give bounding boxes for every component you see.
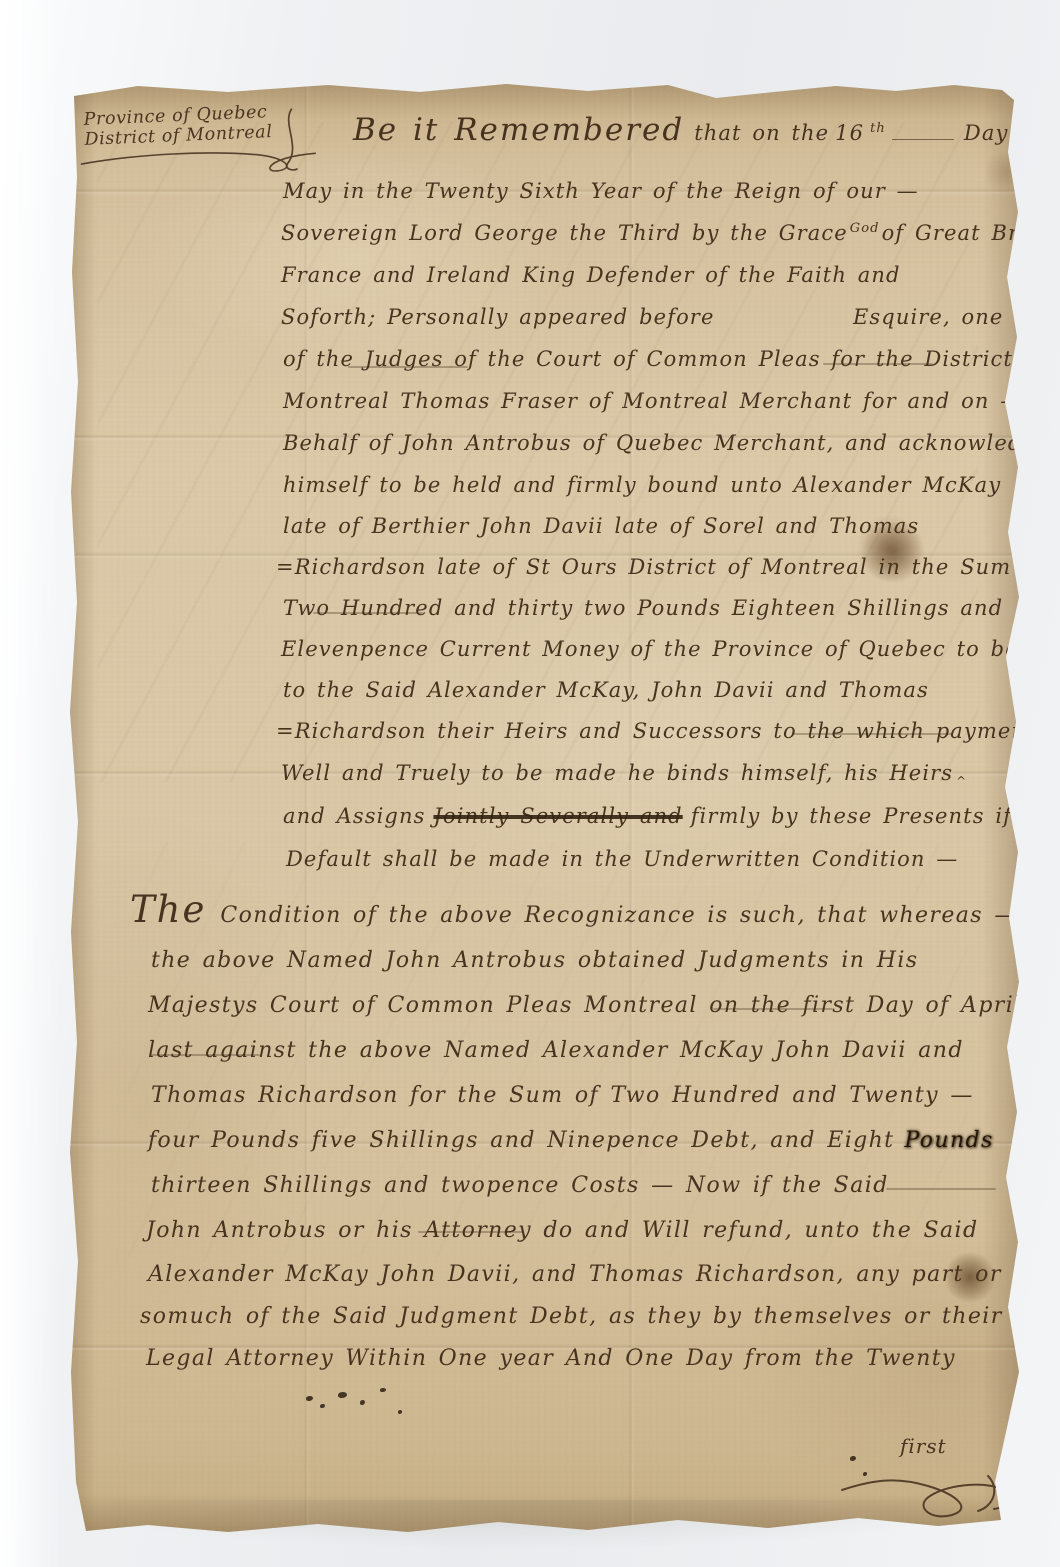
manuscript-line: Thomas Richardson for the Sum of Two Hun… [151, 1083, 974, 1108]
flourish-dash [892, 127, 954, 140]
text-segment: Sovereign Lord George the Third by the G… [281, 221, 848, 245]
manuscript-line: Elevenpence Current Money of the Provinc… [281, 637, 1060, 661]
manuscript-line: Behalf of John Antrobus of Quebec Mercha… [283, 431, 1060, 455]
manuscript-line: Majestys Court of Common Pleas Montreal … [148, 993, 1023, 1018]
manuscript-line: four Pounds five Shillings and Ninepence… [148, 1128, 994, 1153]
manuscript-line: Alexander McKay John Davii, and Thomas R… [148, 1262, 1002, 1287]
manuscript-line: thirteen Shillings and twopence Costs — … [151, 1173, 889, 1198]
manuscript-line: John Antrobus or his Attorney do and Wil… [146, 1218, 978, 1243]
manuscript-line: the above Named John Antrobus obtained J… [151, 948, 918, 973]
text-segment: firmly by these Presents if [691, 804, 1012, 828]
text-segment: Esquire, one [853, 305, 1003, 329]
text-segment: Soforth; Personally appeared before [281, 305, 714, 329]
manuscript-line: Default shall be made in the Underwritte… [286, 847, 958, 871]
manuscript-line: last against the above Named Alexander M… [148, 1038, 964, 1063]
text-segment: his Heirs [844, 761, 953, 785]
manuscript-line: himself to be held and firmly bound unto… [283, 473, 1001, 497]
manuscript-line: to the Said Alexander McKay, John Davii … [283, 678, 929, 702]
photo-background: Province of Quebec District of Montreal … [0, 0, 1060, 1567]
manuscript-line: Two Hundred and thirty two Pounds Eighte… [283, 596, 1003, 620]
text-segment: Well and Truely to be made he binds hims… [281, 761, 834, 785]
ink-blot [320, 1404, 325, 1408]
opening-words: Be it Remembered [353, 112, 684, 148]
faint-streak [886, 1188, 996, 1190]
brace-mark [279, 107, 302, 178]
ink-blot [850, 1456, 856, 1461]
ink-blot [380, 1388, 386, 1392]
manuscript-page: Province of Quebec District of Montreal … [68, 82, 1020, 1538]
manuscript-line: Legal Attorney Within One year And One D… [146, 1346, 956, 1371]
manuscript-line: and AssignsJointly Severally andfirmly b… [283, 804, 1012, 828]
paper-stain [858, 522, 928, 582]
manuscript-line: late of Berthier John Davii late of Sore… [283, 514, 919, 538]
ink-blot [360, 1400, 365, 1405]
text-segment: of Great Britain [882, 221, 1060, 245]
ink-blot [398, 1410, 402, 1414]
marginalia-block: Province of Quebec District of Montreal [83, 102, 273, 150]
manuscript-line: of the Judges of the Court of Common Ple… [283, 347, 1046, 371]
blotted-word: Pounds [904, 1128, 993, 1153]
manuscript-line: Well and Truely to be made he binds hims… [281, 761, 967, 788]
manuscript-line: Montreal Thomas Fraser of Montreal Merch… [283, 389, 1022, 413]
manuscript-line: Be it Rememberedthat on the16thDay of [353, 112, 1048, 148]
paper-stain [942, 1252, 998, 1302]
manuscript-line: France and Ireland King Defender of the … [281, 263, 901, 287]
ink-blot [306, 1396, 313, 1401]
ordinal-suffix: th [870, 121, 886, 136]
manuscript-line: somuch of the Said Judgment Debt, as the… [140, 1304, 1003, 1329]
text-segment: and Assigns [283, 804, 425, 828]
ink-blot [338, 1392, 347, 1398]
text-segment: Condition of the above Recognizance is s… [220, 903, 1017, 928]
manuscript-line: May in the Twenty Sixth Year of the Reig… [283, 179, 919, 203]
text-segment: four Pounds five Shillings and Ninepence… [148, 1128, 894, 1153]
text-segment: Day of [964, 121, 1042, 145]
manuscript-line: Sovereign Lord George the Third by the G… [281, 221, 1060, 245]
struck-text: Jointly Severally and [433, 804, 682, 828]
manuscript-line: Soforth; Personally appeared before Esqu… [281, 305, 714, 329]
text-segment: that on the [694, 121, 829, 145]
flourished-initial: The [130, 888, 206, 931]
manuscript-line: TheCondition of the above Recognizance i… [130, 888, 1018, 931]
interlinear-insert: God [850, 221, 880, 236]
manuscript-line: =Richardson their Heirs and Successors t… [276, 719, 1036, 743]
catchword: first [900, 1434, 947, 1458]
caret-mark: ^ [956, 774, 967, 788]
day-number: 16 [835, 121, 864, 145]
text-segment: Executors Administrators his Heirs^ [844, 761, 967, 785]
